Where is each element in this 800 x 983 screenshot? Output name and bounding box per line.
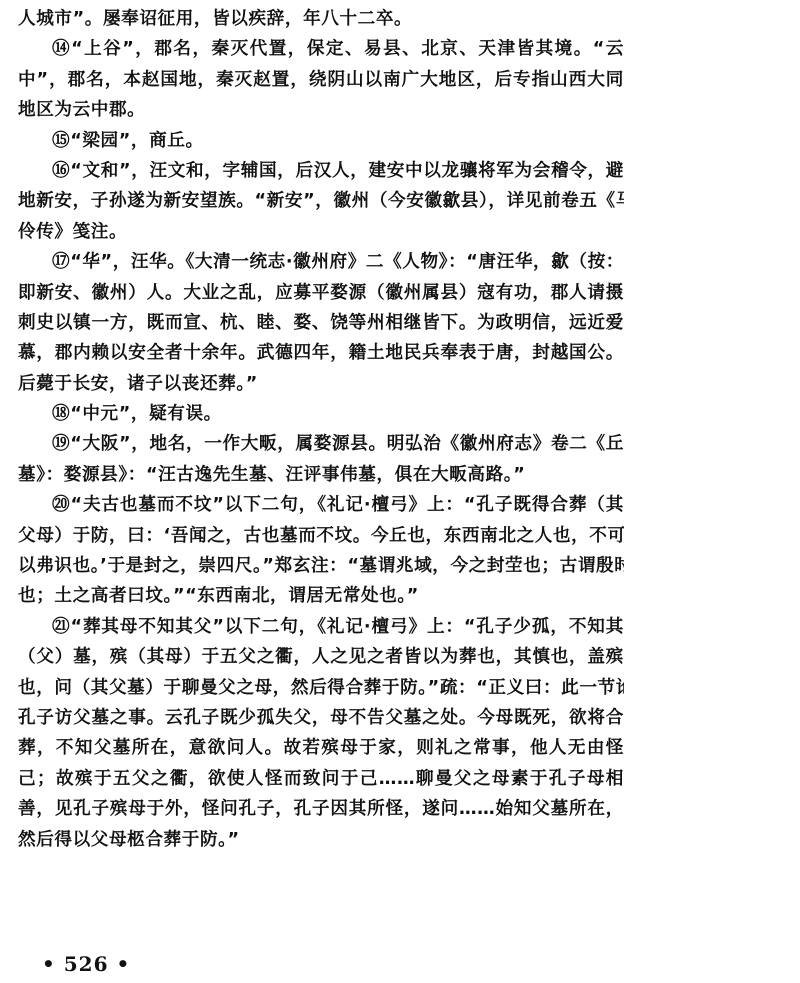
text-line: 地新安，子孙遂为新安望族。“新安”，徽州（今安徽歙县），详见前卷五《马 <box>18 186 624 216</box>
footnote-14: ⑭“上谷”，郡名，秦灭代置，保定、易县、北京、天津皆其境。“云 <box>18 34 624 64</box>
text-line: 地区为云中郡。 <box>18 95 624 125</box>
text-line: 以弗识也。’于是封之，崇四尺。”郑玄注：“墓谓兆域，今之封茔也；古谓殷时 <box>18 551 624 581</box>
text-line: 人城市”。屡奉诏征用，皆以疾辞，年八十二卒。 <box>18 4 624 34</box>
text-line: 葬，不知父墓所在，意欲问人。故若殡母于家，则礼之常事，他人无由怪 <box>18 733 624 763</box>
text-line: 也，问（其父墓）于聊曼父之母，然后得合葬于防。”疏：“正义曰：此一节论 <box>18 673 624 703</box>
footnote-16: ⑯“文和”，汪文和，字辅国，后汉人，建安中以龙骧将军为会稽令，避 <box>18 156 624 186</box>
text-line: 父母）于防，曰：‘吾闻之，古也墓而不坟。今丘也，东西南北之人也，不可 <box>18 521 624 551</box>
text-line: 慕，郡内赖以安全者十余年。武德四年，籍土地民兵奉表于唐，封越国公。 <box>18 338 624 368</box>
text-line: 中”，郡名，本赵国地，秦灭赵置，绕阴山以南广大地区，后专指山西大同 <box>18 65 624 95</box>
text-line: 然后得以父母柩合葬于防。” <box>18 825 624 855</box>
footnote-18: ⑱“中元”，疑有误。 <box>18 399 624 429</box>
text-line: 刺史以镇一方，既而宣、杭、睦、婺、饶等州相继皆下。为政明信，远近爱 <box>18 308 624 338</box>
page-number: • 526 • <box>42 952 130 976</box>
footnote-20: ⑳“夫古也墓而不坟”以下二句，《礼记·檀弓》上：“孔子既得合葬（其 <box>18 490 624 520</box>
text-line: 后薨于长安，诸子以丧还葬。” <box>18 369 624 399</box>
text-line: 即新安、徽州）人。大业之乱，应募平婺源（徽州属县）寇有功，郡人请摄 <box>18 278 624 308</box>
text-line: 善，见孔子殡母于外，怪问孔子，孔子因其所怪，遂问……始知父墓所在， <box>18 794 624 824</box>
footnote-21: ㉑“葬其母不知其父”以下二句，《礼记·檀弓》上：“孔子少孤，不知其 <box>18 612 624 642</box>
footnote-19: ⑲“大阪”，地名，一作大畈，属婺源县。明弘治《徽州府志》卷二《丘 <box>18 429 624 459</box>
text-line: 伶传》笺注。 <box>18 217 624 247</box>
text-line: 墓》：婺源县》：“汪古逸先生墓、汪评事伟墓，俱在大畈高路。” <box>18 460 624 490</box>
text-line: 己；故殡于五父之衢，欲使人怪而致问于己……聊曼父之母素于孔子母相 <box>18 764 624 794</box>
footnote-17: ⑰“华”，汪华。《大清一统志·徽州府》二《人物》：“唐汪华，歙（按： <box>18 247 624 277</box>
footnote-15: ⑮“梁园”，商丘。 <box>18 126 624 156</box>
text-line: 孔子访父墓之事。云孔子既少孤失父，母不告父墓之处。今母既死，欲将合 <box>18 703 624 733</box>
text-line: 也；土之高者曰坟。”“东西南北，谓居无常处也。” <box>18 581 624 611</box>
text-line: （父）墓，殡（其母）于五父之衢，人之见之者皆以为葬也，其慎也，盖殡 <box>18 642 624 672</box>
document-page: 人城市”。屡奉诏征用，皆以疾辞，年八十二卒。 ⑭“上谷”，郡名，秦灭代置，保定、… <box>18 4 624 855</box>
